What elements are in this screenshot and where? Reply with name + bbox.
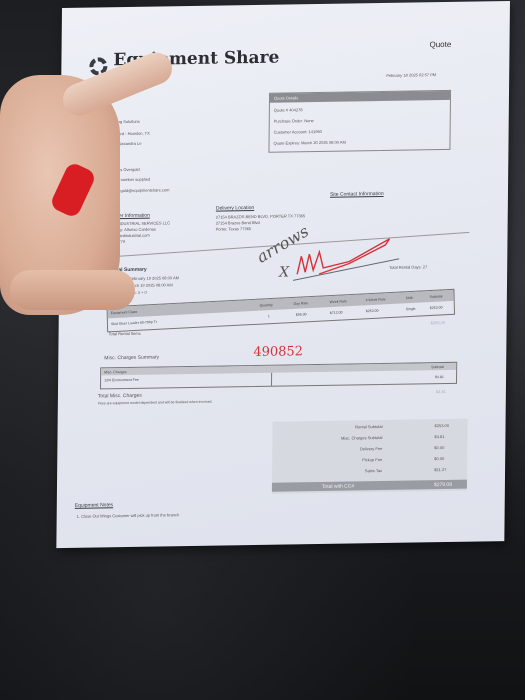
table-cell: $253.00 [430, 305, 443, 310]
grand-total-value: $279.08 [434, 482, 452, 488]
document-title: Quote [429, 40, 451, 49]
total-row-label: Misc. Charges Subtotal [292, 435, 382, 441]
table-cell: $95.00 [296, 312, 307, 317]
rental-table-header [108, 290, 454, 319]
equipment-note: 1. Close Out Wings Customer will pick up… [77, 512, 180, 519]
table-cell: $4.81 [435, 375, 444, 379]
total-row-value: $0.00 [434, 445, 444, 450]
table-cell: $253.00 [366, 309, 379, 314]
table-cell: 13% Environment Fee [104, 378, 139, 383]
delivery-line: Porter, Texas 77365 [216, 226, 252, 232]
customer-account: Customer Account: 141950 [274, 129, 322, 135]
signature-x: X [279, 264, 289, 280]
total-misc-label: Total Misc. Charges [98, 393, 142, 400]
misc-table-header [101, 363, 456, 376]
col-header: Subtotal [431, 365, 444, 369]
col-header: Day Rate [294, 301, 309, 306]
total-rental-label: Total Rental Items [109, 331, 141, 337]
total-row-label: Delivery Fee [292, 446, 382, 452]
col-header: Misc. Charges [104, 370, 126, 374]
equipment-notes-heading: Equipment Notes [75, 502, 113, 509]
total-row-value: $253.00 [435, 423, 450, 428]
finger [10, 270, 135, 310]
site-contact-heading: Site Contact Information [330, 191, 384, 198]
red-signature [289, 233, 400, 285]
col-header: Subtotal [430, 294, 443, 299]
quote-details-box: Quote Details Quote # 404278 Purchase Or… [268, 90, 451, 153]
misc-note: Fees are equipment model dependent and w… [98, 400, 213, 406]
table-cell: $712.00 [330, 310, 343, 315]
table-cell: 1 [268, 314, 270, 318]
quote-expires: Quote Expires: March 20 2025 08:00 AM [274, 140, 346, 146]
col-header: Quantity [260, 303, 273, 308]
document-date: February 18 2025 03:57 PM [386, 72, 436, 78]
total-row-label: Sales Tax [292, 468, 382, 474]
col-header: Week Rate [330, 299, 347, 304]
delivery-line: 27154 Brazos Bend Blvd [216, 220, 260, 226]
delivery-heading: Delivery Location [216, 205, 254, 212]
misc-table: Misc. Charges Subtotal 13% Environment F… [100, 362, 457, 390]
totals-list: Rental Subtotal$253.00Misc. Charges Subt… [272, 423, 468, 486]
total-row-value: $0.00 [434, 456, 444, 461]
handwritten-number: 490852 [253, 344, 303, 360]
table-cell: Single [406, 307, 416, 311]
total-row-label: Pickup Fee [292, 457, 382, 463]
total-row-value: $21.27 [434, 467, 446, 472]
total-misc-value: $4.81 [436, 389, 446, 394]
quote-number: Quote # 404278 [274, 107, 303, 112]
col-header: Shift [406, 296, 413, 300]
quote-details-title: Quote Details [274, 95, 298, 100]
grand-total-label: Total with CC# [322, 483, 354, 490]
total-row-value: $4.81 [434, 434, 444, 439]
cell-divider [271, 373, 272, 386]
misc-charges-heading: Misc. Charges Summary [104, 354, 159, 361]
quote-details-header: Quote Details [270, 91, 450, 103]
purchase-order: Purchase Order: None [274, 118, 314, 124]
table-cell: Skid Steer Loader 60-70hp Tr [111, 320, 157, 326]
rental-table: Equipment Class Quantity Day Rate Week R… [107, 289, 456, 333]
delivery-line: 27154 BRAZOS BEND BLVD, PORTER TX 77365 [216, 213, 305, 219]
total-rental-value: $253.00 [431, 320, 446, 325]
total-row-label: Rental Subtotal [293, 424, 383, 430]
